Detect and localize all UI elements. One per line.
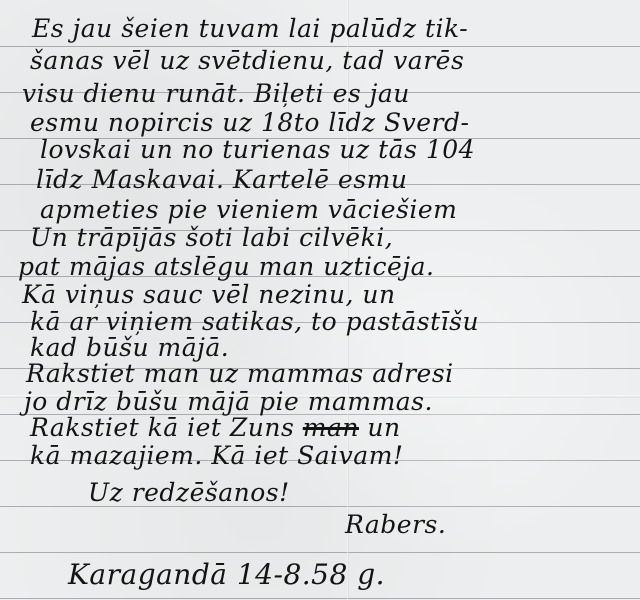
letter-line-7: apmeties pie vieniem vāciešiem bbox=[40, 195, 457, 224]
place-and-date: Karagandā 14-8.58 g. bbox=[68, 558, 385, 591]
letter-line-16: kā mazajiem. Kā iet Saivam! bbox=[30, 441, 403, 470]
signature: Rabers. bbox=[345, 510, 446, 539]
closing-greeting: Uz redzēšanos! bbox=[88, 478, 290, 507]
letter-line-10: Kā viņus sauc vēl nezinu, un bbox=[22, 280, 396, 309]
letter-line-8: Un trāpījās šoti labi cilvēki, bbox=[30, 223, 393, 252]
letter-line-15-text: Rakstiet kā iet Zuns bbox=[30, 413, 294, 442]
struck-through-word: man bbox=[303, 413, 359, 442]
letter-line-1: Es jau šeien tuvam lai palūdz tik- bbox=[32, 14, 468, 43]
letter-line-4: esmu nopircis uz 18to līdz Sverd- bbox=[30, 108, 469, 137]
letter-line-14: jo drīz būšu mājā pie mammas. bbox=[24, 387, 433, 416]
letter-line-9: pat mājas atslēgu man uzticēja. bbox=[18, 252, 434, 281]
letter-line-6: līdz Maskavai. Kartelē esmu bbox=[36, 165, 407, 194]
letter-line-2: šanas vēl uz svētdienu, tad varēs bbox=[30, 46, 464, 75]
letter-line-15-suffix: un bbox=[367, 413, 400, 442]
letter-line-12: kad būšu mājā. bbox=[30, 333, 229, 362]
letter-line-3: visu dienu runāt. Biļeti es jau bbox=[22, 79, 410, 108]
letter-line-15: Rakstiet kā iet Zuns man un bbox=[30, 413, 401, 442]
letter-line-11: kā ar viņiem satikas, to pastāstīšu bbox=[30, 307, 479, 336]
letter-line-13: Rakstiet man uz mammas adresi bbox=[26, 359, 454, 388]
letter-line-5: lovskai un no turienas uz tās 104 bbox=[40, 135, 475, 164]
